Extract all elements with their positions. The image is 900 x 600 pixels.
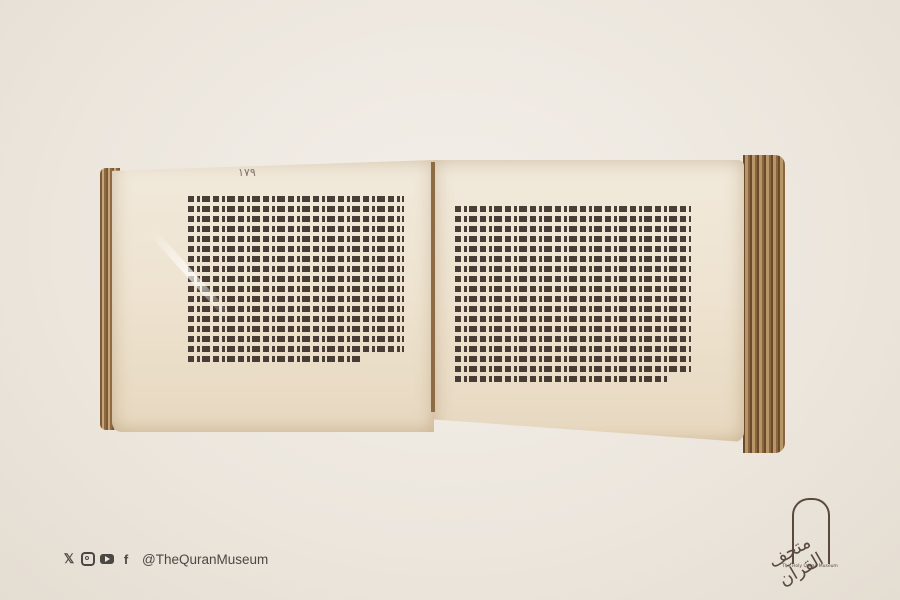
logo-english-text: The Holy Quran Museum bbox=[774, 564, 846, 569]
left-page-kufic-text bbox=[188, 196, 404, 362]
instagram-icon[interactable] bbox=[81, 552, 95, 566]
folio-number: ١٧٩ bbox=[238, 166, 256, 179]
right-page-kufic-text bbox=[455, 206, 691, 382]
x-icon[interactable]: 𝕏 bbox=[62, 551, 76, 567]
social-footer: 𝕏 f @TheQuranMuseum bbox=[62, 551, 268, 567]
social-handle: @TheQuranMuseum bbox=[142, 552, 268, 567]
book-spine bbox=[431, 162, 435, 412]
manuscript-book: ١٧٩ bbox=[100, 150, 785, 455]
youtube-icon[interactable] bbox=[100, 554, 114, 564]
right-page-edges bbox=[743, 155, 785, 453]
museum-logo: متحف القرآن The Holy Quran Museum bbox=[768, 498, 848, 578]
facebook-icon[interactable]: f bbox=[119, 552, 133, 567]
